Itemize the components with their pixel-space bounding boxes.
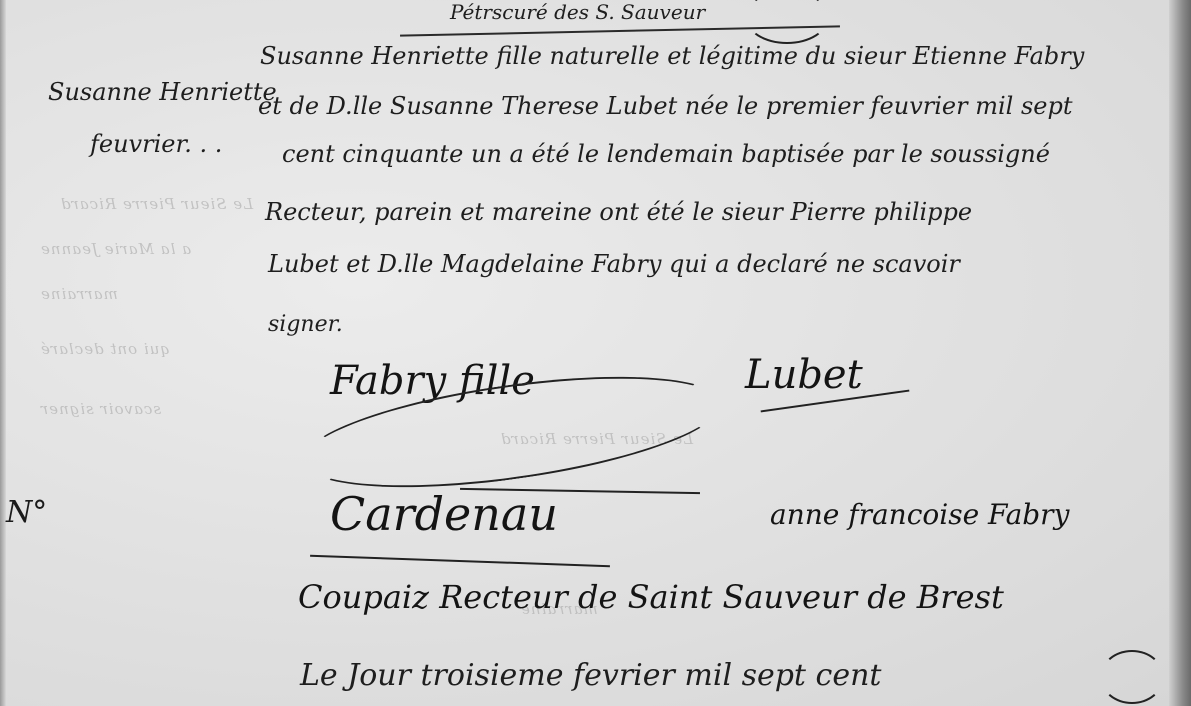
next-entry-start: Le Jour troisieme fevrier mil sept cent bbox=[300, 658, 881, 693]
signature-cardenau: Cardenau bbox=[330, 487, 558, 541]
record-line: cent cinquante un a été le lendemain bap… bbox=[282, 140, 1050, 168]
bleed-through-text: a la Marie Jeanne bbox=[40, 240, 191, 258]
signature-underline bbox=[310, 555, 610, 567]
signature-lubet: Lubet bbox=[745, 352, 863, 398]
bleed-through-text: scavoir signer bbox=[40, 400, 161, 418]
bleed-through-text: qui ont declaré bbox=[40, 340, 170, 358]
bleed-through-text: Le Sieur Pierre Ricard bbox=[60, 195, 253, 213]
signature-anne-francoise-fabry: anne francoise Fabry bbox=[770, 498, 1069, 531]
register-page: Le Sieur Pierre Ricard a la Marie Jeanne… bbox=[0, 0, 1191, 706]
record-line: signer. bbox=[268, 312, 343, 337]
signature-rector: Coupaiz Recteur de Saint Sauveur de Bres… bbox=[298, 578, 1004, 616]
margin-name: Susanne Henriette bbox=[48, 78, 277, 106]
record-line: Recteur, parein et mareine ont été le si… bbox=[265, 198, 972, 226]
line-end-flourish bbox=[1100, 650, 1164, 704]
record-line: Susanne Henriette fille naturelle et lég… bbox=[260, 42, 1084, 70]
binding-gutter bbox=[1169, 0, 1191, 706]
record-line: et de D.lle Susanne Therese Lubet née le… bbox=[258, 92, 1072, 120]
margin-mark: N° bbox=[6, 495, 47, 530]
page-left-edge bbox=[0, 0, 6, 706]
record-line: Lubet et D.lle Magdelaine Fabry qui a de… bbox=[268, 250, 960, 278]
page-header: Pétrscuré des S. Sauveur bbox=[450, 0, 705, 24]
bleed-through-text: marraine bbox=[40, 285, 118, 303]
header-flourish bbox=[745, 0, 829, 44]
margin-date: feuvrier. . . bbox=[90, 130, 222, 158]
